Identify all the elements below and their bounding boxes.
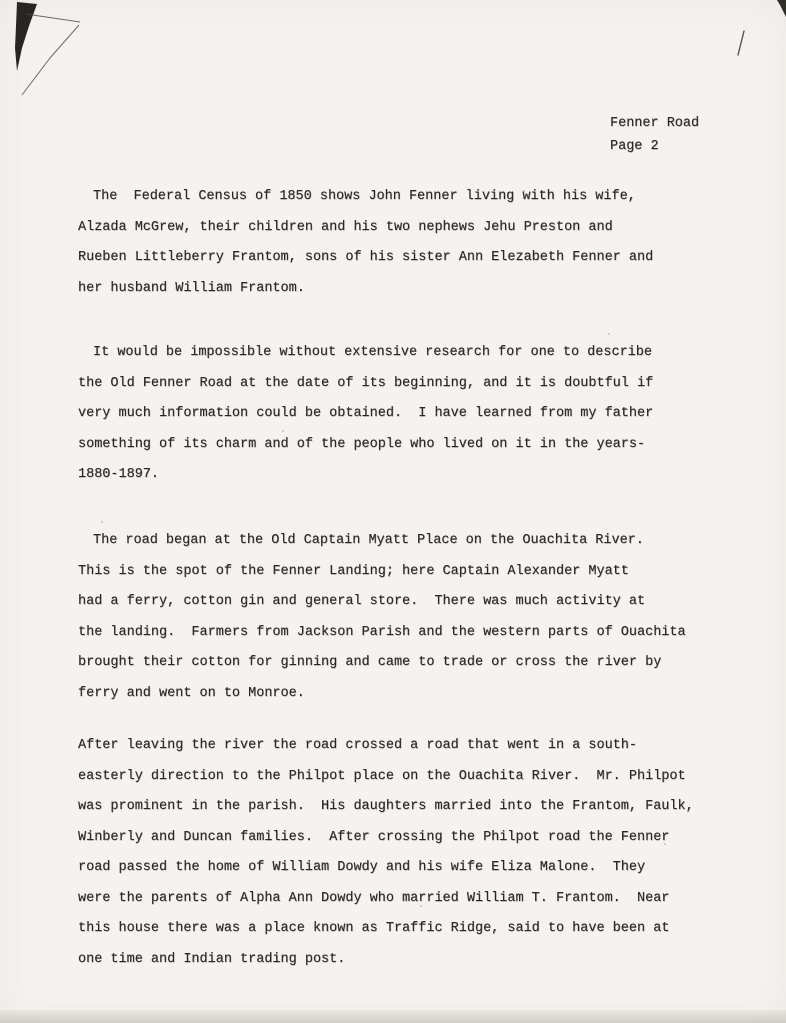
text-line: road passed the home of William Dowdy an…	[78, 853, 694, 884]
paragraph-road-history: It would be impossible without extensive…	[78, 338, 653, 491]
text-line: was prominent in the parish. His daughte…	[78, 792, 694, 823]
text-line: very much information could be obtained.…	[78, 399, 653, 430]
scan-speck	[101, 521, 103, 523]
text-line: The Federal Census of 1850 shows John Fe…	[78, 182, 653, 213]
header-title: Fenner Road	[610, 113, 699, 136]
header-page-number: Page 2	[610, 136, 699, 159]
page-header: Fenner Road Page 2	[610, 113, 699, 158]
text-line: Winberly and Duncan families. After cros…	[78, 823, 694, 854]
paragraph-philpot-road: After leaving the river the road crossed…	[78, 731, 694, 975]
scan-speck	[608, 333, 610, 335]
text-line: something of its charm and of the people…	[78, 430, 653, 461]
text-line: easterly direction to the Philpot place …	[78, 762, 694, 793]
text-line: 1880-1897.	[78, 460, 653, 491]
text-line: ferry and went on to Monroe.	[78, 679, 686, 710]
text-line: The road began at the Old Captain Myatt …	[78, 526, 686, 557]
text-line: Rueben Littleberry Frantom, sons of his …	[78, 243, 653, 274]
corner-wedge-mark	[15, 2, 37, 71]
text-line: It would be impossible without extensive…	[78, 338, 653, 369]
crease-line-diagonal	[22, 25, 79, 95]
crease-line-upper	[26, 14, 80, 22]
text-line: this house there was a place known as Tr…	[78, 914, 694, 945]
paragraph-road-beginning: The road began at the Old Captain Myatt …	[78, 526, 686, 709]
text-line: the Old Fenner Road at the date of its b…	[78, 369, 653, 400]
text-line: This is the spot of the Fenner Landing; …	[78, 557, 686, 588]
text-line: After leaving the river the road crossed…	[78, 731, 694, 762]
paragraph-census: The Federal Census of 1850 shows John Fe…	[78, 182, 653, 304]
scanned-document-page: Fenner Road Page 2 The Federal Census of…	[0, 0, 786, 1023]
text-line: her husband William Frantom.	[78, 274, 653, 305]
text-line: were the parents of Alpha Ann Dowdy who …	[78, 884, 694, 915]
text-line: Alzada McGrew, their children and his tw…	[78, 213, 653, 244]
text-line: brought their cotton for ginning and cam…	[78, 648, 686, 679]
corner-edge-mark	[777, 0, 786, 17]
text-line: the landing. Farmers from Jackson Parish…	[78, 618, 686, 649]
text-line: one time and Indian trading post.	[78, 945, 694, 976]
text-line: had a ferry, cotton gin and general stor…	[78, 587, 686, 618]
pen-slash-mark	[738, 31, 744, 55]
